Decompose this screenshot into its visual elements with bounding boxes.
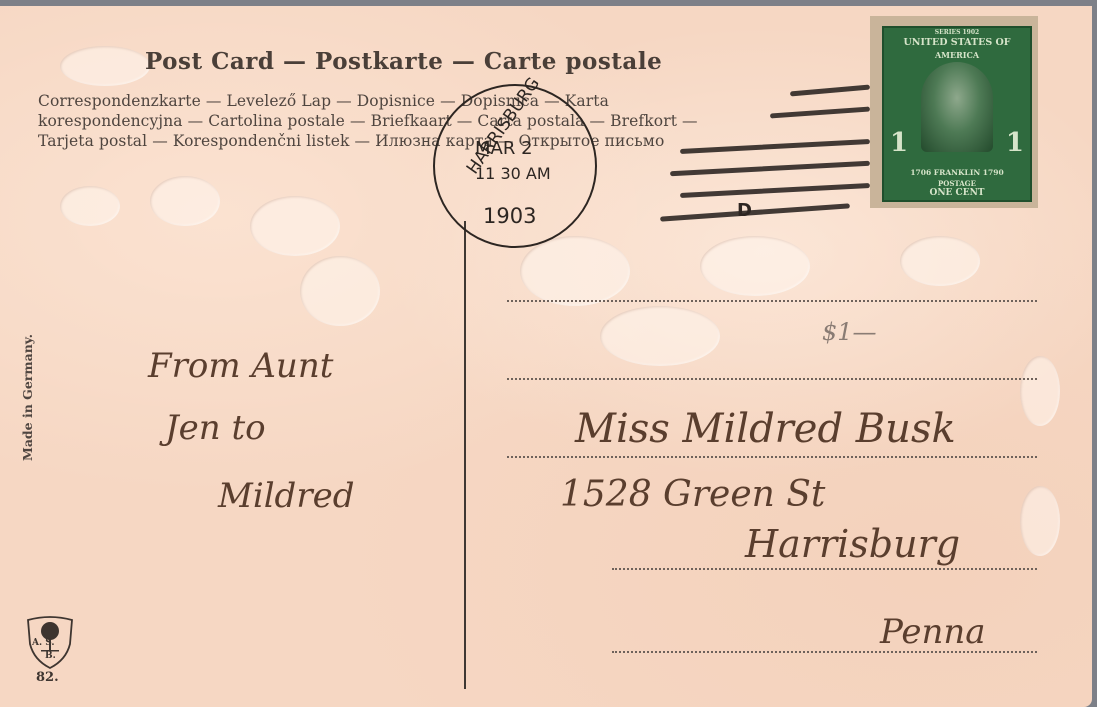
franklin-portrait-icon [921, 62, 993, 152]
logo-number: 82. [36, 670, 59, 685]
postmark: HARRISBURG MAR 2 11 30 AM 1903 [433, 84, 597, 248]
card-subtitle-line: korespondencyjna — Cartolina postale — B… [38, 112, 698, 130]
address-line [507, 378, 1037, 380]
stamp-series: SERIES 1902 [884, 29, 1030, 36]
cancel-bar [660, 203, 850, 221]
address-name: Miss Mildred Busk [575, 406, 956, 452]
made-in-germany-label: Made in Germany. [20, 334, 35, 461]
price-note: $1— [822, 318, 877, 346]
stamp-denomination-right: 1 [1006, 128, 1024, 158]
address-line [612, 568, 1037, 570]
emboss-flower [60, 46, 150, 86]
cancel-bar [790, 85, 870, 97]
stamp-postage: POSTAGE [884, 179, 1030, 188]
emboss-flower [1020, 486, 1060, 556]
postmark-time: 11 30 AM [475, 164, 551, 183]
address-city: Harrisburg [745, 522, 960, 566]
stamp-value: ONE CENT [884, 188, 1030, 198]
postmark-date: MAR 2 [475, 138, 533, 159]
emboss-flower [600, 306, 720, 366]
logo-letter-bottom: B. [45, 651, 56, 661]
emboss-flower [700, 236, 810, 296]
emboss-flower [1020, 356, 1060, 426]
emboss-flower [150, 176, 220, 226]
address-line [507, 300, 1037, 302]
cancel-bar [680, 183, 870, 198]
emboss-flower [300, 256, 380, 326]
stamp-country: UNITED STATES OF [884, 37, 1030, 48]
address-state: Penna [880, 612, 986, 652]
postcard: Post Card — Postkarte — Carte postale Co… [0, 6, 1092, 707]
stamp-country-2: AMERICA [884, 50, 1030, 60]
cancel-bar [670, 161, 870, 176]
postmark-year: 1903 [483, 204, 536, 228]
cancel-bar [680, 139, 870, 154]
address-line [507, 456, 1037, 458]
message-line: From Aunt [148, 346, 333, 386]
message-line: Jen to [165, 408, 266, 448]
postage-stamp: SERIES 1902 UNITED STATES OF AMERICA 1 1… [870, 16, 1038, 208]
emboss-flower [520, 236, 630, 306]
message-line: Mildred [218, 476, 354, 516]
emboss-flower [900, 236, 980, 286]
cancel-letter: D [737, 200, 752, 221]
logo-letters-top: A. S. [32, 638, 55, 648]
emboss-flower [250, 196, 340, 256]
cancel-bar [770, 107, 870, 119]
postmark-city: HARRISBURG [463, 74, 544, 178]
address-street: 1528 Green St [560, 474, 825, 515]
card-title: Post Card — Postkarte — Carte postale [145, 48, 662, 75]
emboss-flower [60, 186, 120, 226]
center-divider [464, 221, 466, 689]
stamp-denomination-left: 1 [890, 128, 908, 158]
stamp-name: 1706 FRANKLIN 1790 [884, 168, 1030, 177]
